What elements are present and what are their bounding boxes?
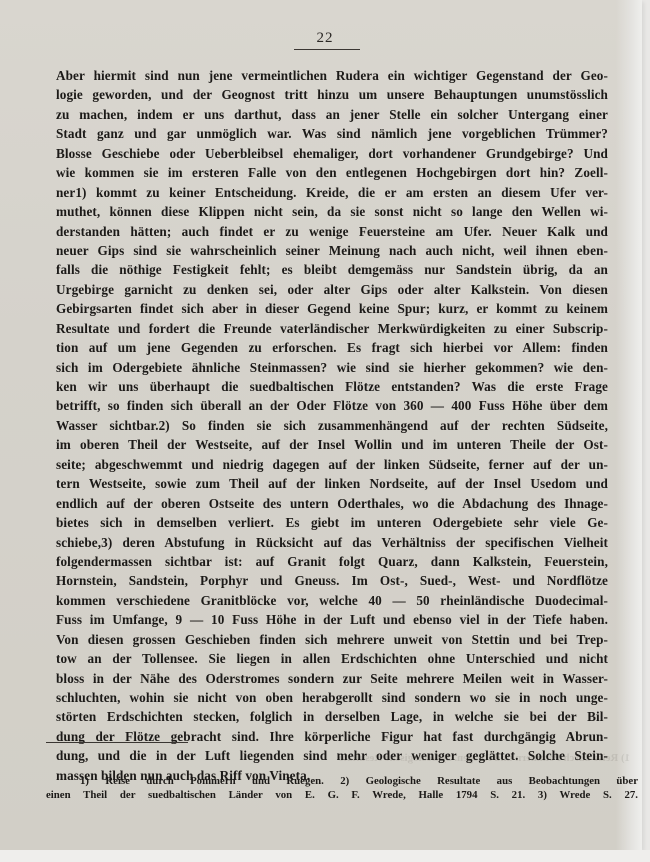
body-line: tion auf um jene Gegenden zu erforschen.… — [56, 338, 608, 357]
body-line: im oberen Theil der Westseite, auf der I… — [56, 435, 608, 454]
body-line: ken wir uns überhaupt die suedbaltischen… — [56, 377, 608, 396]
bleed-through-text: 1) Reise durch Pommern und Ruegen. 2) Ge… — [150, 752, 630, 776]
body-line: Hornstein, Sandstein, Porphyr und Gneuss… — [56, 571, 608, 590]
page-number-rule — [294, 49, 360, 50]
body-line: wie kommen sie im ersteren Falle von den… — [56, 163, 608, 182]
page-edge-shadow — [616, 0, 642, 850]
body-line: Stadt ganz und gar unmöglich war. Was si… — [56, 124, 608, 143]
page-number: 22 — [0, 30, 650, 47]
body-line: bietes sich in demselben verliert. Es gi… — [56, 513, 608, 532]
body-line: Wasser sichtbar.2) So finden sie sich zu… — [56, 416, 608, 435]
body-line: betrifft, so finden sich überall an der … — [56, 396, 608, 415]
body-line: Blosse Geschiebe oder Ueberbleibsel ehem… — [56, 144, 608, 163]
body-line: logie geworden, und der Geognost tritt h… — [56, 85, 608, 104]
body-line: seite; abgeschwemmt und niedrig dagegen … — [56, 455, 608, 474]
body-line: neuer Gips sind sie wahrscheinlich seine… — [56, 241, 608, 260]
footnotes: 1) Reise durch Pommern und Ruegen. 2) Ge… — [46, 774, 638, 802]
body-line: kommen verschiedene Granitblöcke vor, we… — [56, 591, 608, 610]
body-line: ner1) kommt zu keiner Entscheidung. Krei… — [56, 183, 608, 202]
body-line: Fuss im Umfange, 9 — 10 Fuss Höhe in der… — [56, 610, 608, 629]
body-line: schiebe,3) deren Abstufung in Rücksicht … — [56, 533, 608, 552]
footnote-separator — [46, 742, 188, 743]
footnote-line: einen Theil der suedbaltischen Länder vo… — [46, 788, 638, 802]
body-line: tow an der Tollensee. Sie liegen in alle… — [56, 649, 608, 668]
body-line: Resultate und fordert die Freunde vaterl… — [56, 319, 608, 338]
body-line: schluchten, wohin sie nicht von oben her… — [56, 688, 608, 707]
body-line: bloss in der Nähe des Oderstromes sonder… — [56, 669, 608, 688]
footnote-line: 1) Reise durch Pommern und Ruegen. 2) Ge… — [46, 774, 638, 788]
body-line: tern Westseite, sowie zum Theil auf der … — [56, 474, 608, 493]
body-line: muthet, können diese Klippen nicht sein,… — [56, 202, 608, 221]
scan-margin — [0, 850, 650, 862]
body-line: Von diesen grossen Geschieben finden sic… — [56, 630, 608, 649]
body-line: Aber hiermit sind nun jene vermeintliche… — [56, 66, 608, 85]
body-line: zu machen, indem er uns darthut, dass an… — [56, 105, 608, 124]
body-line: endlich auf der oberen Ostseite des unte… — [56, 494, 608, 513]
body-line: Urgebirge garnicht zu denken sei, oder a… — [56, 280, 608, 299]
body-line: folgendermassen sichtbar ist: auf Granit… — [56, 552, 608, 571]
body-text: Aber hiermit sind nun jene vermeintliche… — [56, 66, 608, 785]
body-line: Gebirgsarten findet sich aber in dieser … — [56, 299, 608, 318]
body-line: sich im Odergebiete ähnliche Steinmassen… — [56, 358, 608, 377]
scanned-page: 22 Aber hiermit sind nun jene vermeintli… — [0, 0, 642, 850]
body-line: dung der Flötze gebracht sind. Ihre körp… — [56, 727, 608, 746]
body-line: störten Erdschichten stecken, folglich i… — [56, 707, 608, 726]
body-line: derstanden hätten; auch findet er zu wen… — [56, 222, 608, 241]
body-line: falls die nöthige Festigkeit fehlt; es b… — [56, 260, 608, 279]
